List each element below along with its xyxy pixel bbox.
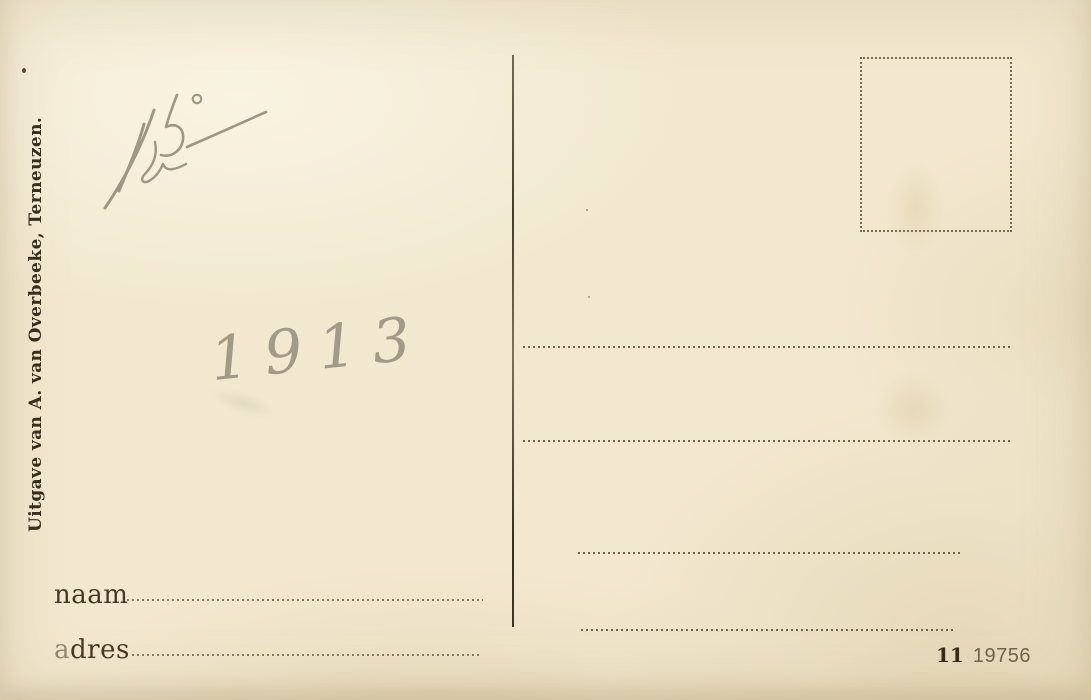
name-field-label: naam xyxy=(54,580,128,610)
paper-speck xyxy=(586,209,588,211)
address-dotted-line-4 xyxy=(581,629,954,631)
postcard-back: Uitgave van A. van Overbeeke, Terneuzen.… xyxy=(0,0,1091,700)
paper-stain xyxy=(876,372,951,444)
address-dotted-line xyxy=(132,654,481,656)
address-dotted-line-1 xyxy=(523,346,1011,348)
address-dotted-line-2 xyxy=(523,440,1011,442)
paper-speck xyxy=(22,68,26,73)
paper-speck xyxy=(588,296,590,298)
publisher-imprint: Uitgave van A. van Overbeeke, Terneuzen. xyxy=(26,117,46,532)
serial-number-group: 11 19756 xyxy=(936,643,1031,668)
pencil-scribble-drawing xyxy=(92,66,282,226)
serial-prefix: 11 xyxy=(936,643,964,667)
divider-line xyxy=(512,55,514,627)
stamp-box xyxy=(860,57,1012,232)
handwritten-year: 1913 xyxy=(207,303,430,395)
address-dotted-line-3 xyxy=(578,552,962,554)
serial-number: 19756 xyxy=(973,645,1031,668)
name-dotted-line xyxy=(127,599,483,601)
address-field-label: adres xyxy=(54,635,130,665)
